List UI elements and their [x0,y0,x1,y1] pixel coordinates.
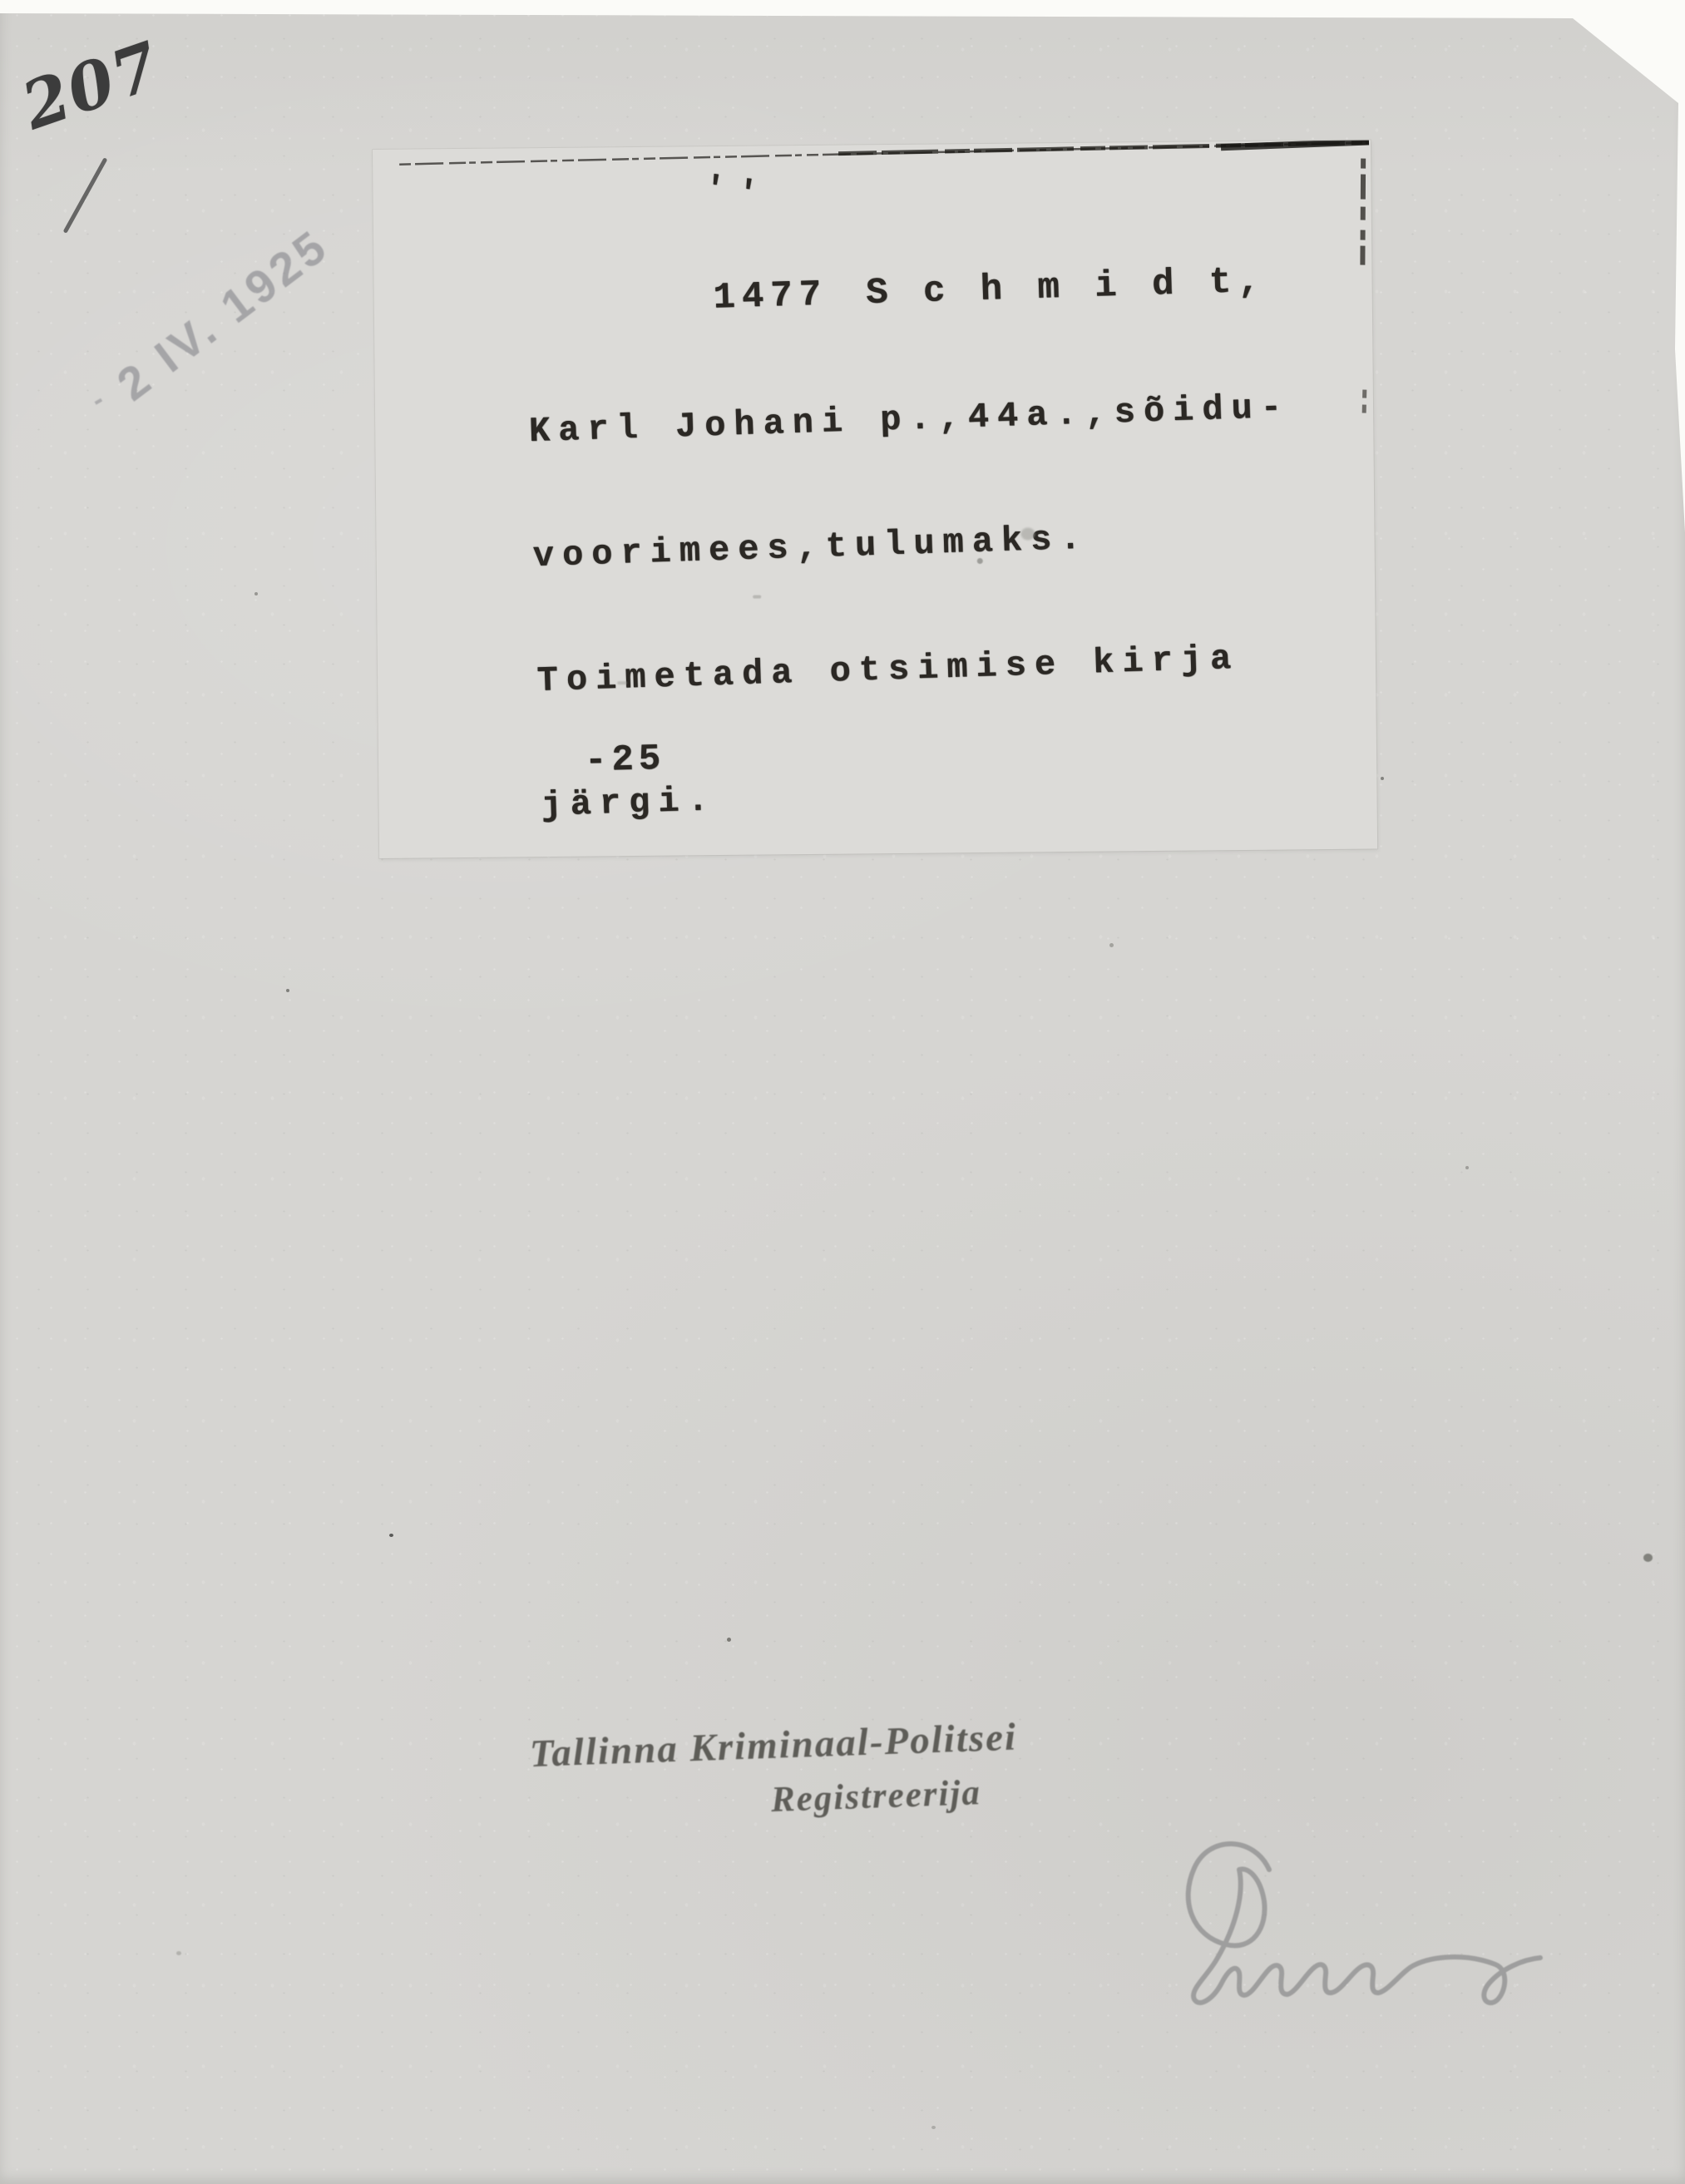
paper-speck [1109,943,1114,947]
paper-speck [286,989,289,992]
scanned-document: 207 - 2 IV. 1925 '' 1477S c h m i d t, K… [0,0,1685,2184]
signature-handwriting [1146,1818,1554,2026]
paper-speck [1381,777,1384,780]
paper-speck [1643,1554,1653,1562]
typed-body-line: Karl Johani p.,44a.,sõidu- [528,387,1290,453]
typed-body-line: voorimees,tulumaks. [532,511,1294,578]
typed-body-line: Toimetada otsimise kirja [536,635,1298,702]
typed-year-note: -25 [584,739,666,783]
card-blemish [1020,527,1035,540]
card-blemish [617,681,627,684]
attached-card: '' 1477S c h m i d t, Karl Johani p.,44a… [373,140,1377,857]
paper-speck [1465,1166,1469,1169]
paper-speck [254,592,258,595]
office-stamp: Tallinna Kriminaal-Politsei Registreerij… [529,1712,1081,1829]
paper-speck [931,2126,936,2129]
typed-registry-number: 1477 [713,274,828,319]
paper-speck [727,1638,731,1642]
card-blemish [977,558,983,564]
card-blemish [753,595,761,599]
paper-speck [176,1951,181,1955]
paper-speck [389,1534,393,1537]
typed-body-block: Karl Johani p.,44a.,sõidu- voorimees,tul… [526,304,1305,910]
